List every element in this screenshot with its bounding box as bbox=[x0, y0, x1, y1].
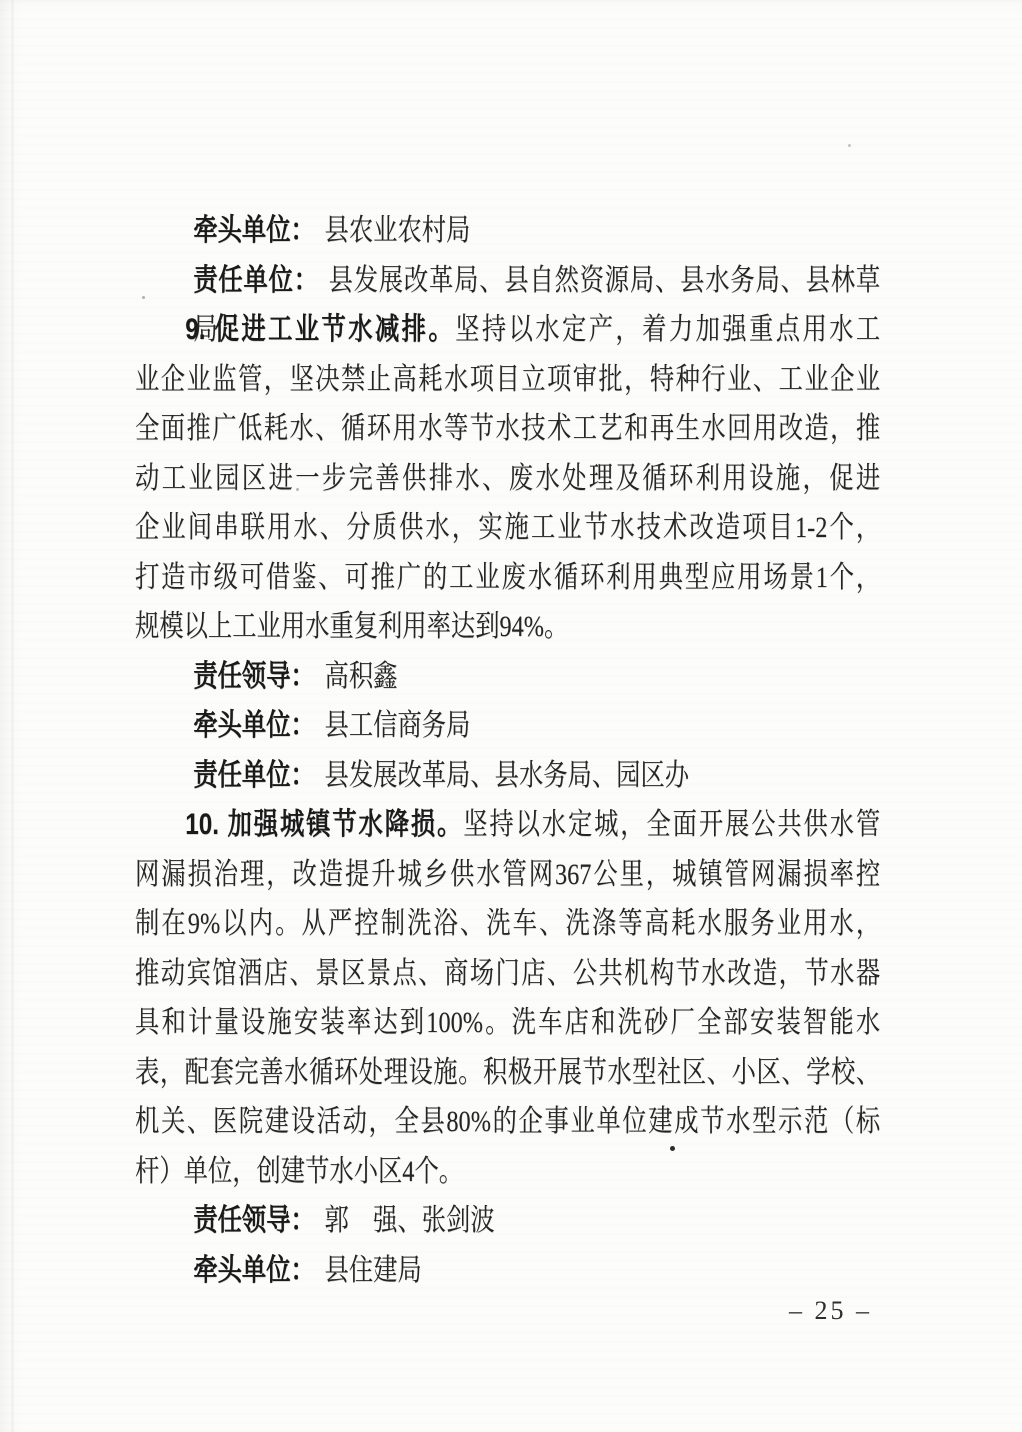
doc-line: 制在9%以内。从严控制洗浴、洗车、洗涤等高耗水服务业用水， bbox=[135, 899, 880, 949]
line-text: 规模以上工业用水重复利用率达到94%。 bbox=[135, 610, 568, 643]
line-text: 县工信商务局 bbox=[325, 709, 471, 742]
line-label: 责任领导： bbox=[193, 660, 315, 693]
line-label: 责任单位： bbox=[193, 264, 319, 297]
doc-line: 牵头单位：县工信商务局 bbox=[135, 701, 880, 751]
line-label: 牵头单位： bbox=[193, 214, 315, 247]
line-text: 动工业园区进一步完善供排水、废水处理及循环利用设施，促进 bbox=[135, 462, 880, 495]
line-heading: 10. 加强城镇节水降损。 bbox=[185, 808, 463, 841]
line-text: 制在9%以内。从严控制洗浴、洗车、洗涤等高耗水服务业用水， bbox=[135, 907, 880, 940]
doc-line: 责任单位：县发展改革局、县自然资源局、县水务局、县林草局 bbox=[135, 256, 880, 306]
line-heading: 9. 促进工业节水减排。 bbox=[185, 313, 455, 346]
doc-line: 规模以上工业用水重复利用率达到94%。 bbox=[135, 602, 880, 652]
doc-line: 牵头单位：县农业农村局 bbox=[135, 206, 880, 256]
line-label: 牵头单位： bbox=[193, 709, 315, 742]
doc-line: 责任领导：高积鑫 bbox=[135, 652, 880, 702]
doc-line: 全面推广低耗水、循环用水等节水技术工艺和再生水回用改造，推 bbox=[135, 404, 880, 454]
line-text: 坚持以水定城，全面开展公共供水管 bbox=[463, 808, 880, 841]
ink-dot bbox=[670, 1146, 675, 1151]
scan-speck bbox=[836, 482, 839, 485]
doc-line: 推动宾馆酒店、景区景点、商场门店、公共机构节水改造，节水器 bbox=[135, 949, 880, 999]
line-text: 机关、医院建设活动，全县80%的企事业单位建成节水型示范（标 bbox=[135, 1105, 880, 1138]
doc-line: 企业间串联用水、分质供水，实施工业节水技术改造项目1-2个， bbox=[135, 503, 880, 553]
doc-line: 10. 加强城镇节水降损。坚持以水定城，全面开展公共供水管 bbox=[135, 800, 880, 850]
doc-line: 具和计量设施安装率达到100%。洗车店和洗砂厂全部安装智能水 bbox=[135, 998, 880, 1048]
line-text: 杆）单位，创建节水小区4个。 bbox=[135, 1155, 463, 1188]
line-text: 郭 强、张剑波 bbox=[325, 1204, 495, 1237]
doc-line: 网漏损治理，改造提升城乡供水管网367公里，城镇管网漏损率控 bbox=[135, 850, 880, 900]
page-number: – 25 – bbox=[789, 1296, 872, 1326]
text-block: 牵头单位：县农业农村局 责任单位：县发展改革局、县自然资源局、县水务局、县林草局… bbox=[135, 206, 880, 1295]
doc-line: 责任领导：郭 强、张剑波 bbox=[135, 1196, 880, 1246]
doc-line: 杆）单位，创建节水小区4个。 bbox=[135, 1147, 880, 1197]
scan-speck bbox=[296, 488, 299, 491]
doc-line: 牵头单位：县住建局 bbox=[135, 1246, 880, 1296]
doc-line: 责任单位：县发展改革局、县水务局、园区办 bbox=[135, 751, 880, 801]
scan-speck bbox=[142, 296, 145, 299]
doc-line: 表，配套完善水循环处理设施。积极开展节水型社区、小区、学校、 bbox=[135, 1048, 880, 1098]
line-text: 县发展改革局、县水务局、园区办 bbox=[325, 759, 690, 792]
scan-edge-artifact bbox=[11, 0, 14, 1432]
document-page: 牵头单位：县农业农村局 责任单位：县发展改革局、县自然资源局、县水务局、县林草局… bbox=[0, 0, 1022, 1432]
line-text: 全面推广低耗水、循环用水等节水技术工艺和再生水回用改造，推 bbox=[135, 412, 880, 445]
doc-line: 机关、医院建设活动，全县80%的企事业单位建成节水型示范（标 bbox=[135, 1097, 880, 1147]
line-text: 表，配套完善水循环处理设施。积极开展节水型社区、小区、学校、 bbox=[135, 1056, 880, 1089]
line-text: 业企业监管，坚决禁止高耗水项目立项审批，特种行业、工业企业 bbox=[135, 363, 880, 396]
line-text: 打造市级可借鉴、可推广的工业废水循环利用典型应用场景1个， bbox=[135, 561, 880, 594]
line-text: 推动宾馆酒店、景区景点、商场门店、公共机构节水改造，节水器 bbox=[135, 957, 880, 990]
line-text: 高积鑫 bbox=[325, 660, 398, 693]
line-label: 责任领导： bbox=[193, 1204, 315, 1237]
line-text: 具和计量设施安装率达到100%。洗车店和洗砂厂全部安装智能水 bbox=[135, 1006, 880, 1039]
line-label: 责任单位： bbox=[193, 759, 315, 792]
doc-line: 业企业监管，坚决禁止高耗水项目立项审批，特种行业、工业企业 bbox=[135, 355, 880, 405]
scan-speck bbox=[848, 144, 851, 147]
doc-line: 9. 促进工业节水减排。坚持以水定产，着力加强重点用水工 bbox=[135, 305, 880, 355]
line-text: 坚持以水定产，着力加强重点用水工 bbox=[455, 313, 880, 346]
doc-line: 打造市级可借鉴、可推广的工业废水循环利用典型应用场景1个， bbox=[135, 553, 880, 603]
line-text: 县住建局 bbox=[325, 1254, 422, 1287]
line-label: 牵头单位： bbox=[193, 1254, 315, 1287]
line-text: 网漏损治理，改造提升城乡供水管网367公里，城镇管网漏损率控 bbox=[135, 858, 880, 891]
doc-line: 动工业园区进一步完善供排水、废水处理及循环利用设施，促进 bbox=[135, 454, 880, 504]
line-text: 企业间串联用水、分质供水，实施工业节水技术改造项目1-2个， bbox=[135, 511, 880, 544]
line-text: 县农业农村局 bbox=[325, 214, 471, 247]
